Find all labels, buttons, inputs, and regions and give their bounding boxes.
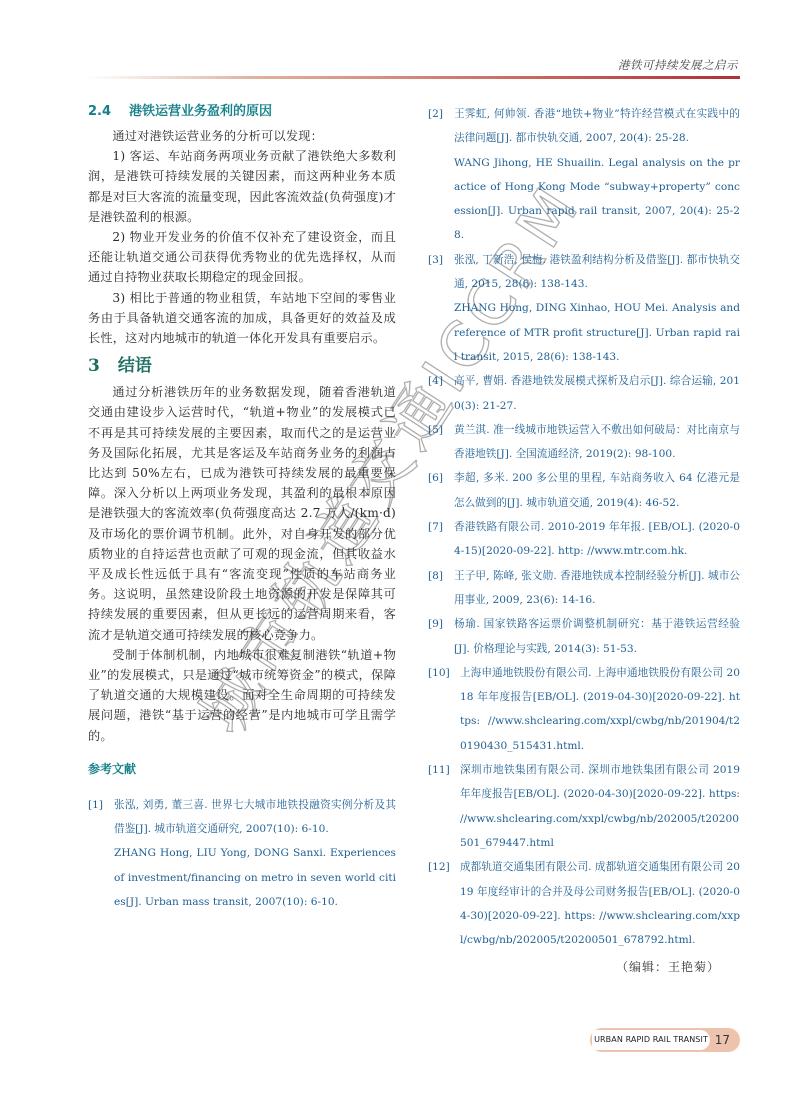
paragraph: 通过分析港铁历年的业务数据发现，随着香港轨道交通由建设步入运营时代，“轨道+物业…	[88, 382, 396, 645]
running-title: 港铁可持续发展之启示	[618, 57, 738, 73]
paragraph: 受制于体制机制，内地城市很难复制港铁“轨道+物业”的发展模式，只是通过“城市统筹…	[88, 645, 396, 746]
paragraph: 2) 物业开发业务的价值不仅补充了建设资金，而且还能让轨道交通公司获得优秀物业的…	[88, 227, 396, 288]
reference-text-en: ZHANG Hong, LIU Yong, DONG Sanxi. Experi…	[114, 841, 396, 914]
reference-text: 上海申通地铁股份有限公司. 上海申通地铁股份有限公司 2018 年年度报告[EB…	[460, 661, 740, 758]
editor-note: （编辑：王艳菊）	[428, 958, 740, 975]
reference-text: 王霁虹, 何帅领. 香港“地铁+物业”特许经营模式在实践中的法律问题[J]. 都…	[454, 102, 740, 151]
reference-text: 高平, 曹娟. 香港地铁发展模式探析及启示[J]. 综合运输, 2010(3):…	[454, 369, 740, 418]
reference-text: 成都轨道交通集团有限公司. 成都轨道交通集团有限公司 2019 年度经审计的合并…	[460, 855, 740, 952]
reference-item: [3] 张泓, 丁新浩, 侯梅. 港铁盈利结构分析及借鉴[J]. 都市快轨交通,…	[428, 248, 740, 369]
reference-number: [9]	[428, 612, 454, 661]
reference-number: [1]	[88, 793, 114, 914]
reference-item: [12] 成都轨道交通集团有限公司. 成都轨道交通集团有限公司 2019 年度经…	[428, 855, 740, 952]
journal-name: URBAN RAPID RAIL TRANSIT	[592, 1030, 710, 1050]
reference-number: [11]	[428, 758, 460, 855]
reference-text: 张泓, 丁新浩, 侯梅. 港铁盈利结构分析及借鉴[J]. 都市快轨交通, 201…	[454, 248, 740, 297]
reference-number: [2]	[428, 102, 454, 248]
page-number: 17	[715, 1028, 730, 1052]
reference-text: 黄兰淇. 准一线城市地铁运营入不敷出如何破局：对比南京与香港地铁[J]. 全国流…	[454, 418, 740, 467]
reference-item: [11] 深圳市地铁集团有限公司. 深圳市地铁集团有限公司 2019 年年度报告…	[428, 758, 740, 855]
section-number: 2.4	[88, 102, 111, 122]
reference-number: [8]	[428, 564, 454, 613]
right-column: [2] 王霁虹, 何帅领. 香港“地铁+物业”特许经营模式在实践中的法律问题[J…	[428, 102, 740, 975]
references-title: 参考文献	[88, 760, 396, 777]
reference-item: [2] 王霁虹, 何帅领. 香港“地铁+物业”特许经营模式在实践中的法律问题[J…	[428, 102, 740, 248]
left-column: 2.4 港铁运营业务盈利的原因 通过对港铁运营业务的分析可以发现： 1) 客运、…	[88, 102, 396, 914]
reference-number: [5]	[428, 418, 454, 467]
section-title: 港铁运营业务盈利的原因	[129, 102, 272, 122]
section-title: 结语	[118, 354, 152, 378]
reference-number: [6]	[428, 466, 454, 515]
reference-item: [10] 上海申通地铁股份有限公司. 上海申通地铁股份有限公司 2018 年年度…	[428, 661, 740, 758]
reference-number: [4]	[428, 369, 454, 418]
reference-item: [5] 黄兰淇. 准一线城市地铁运营入不敷出如何破局：对比南京与香港地铁[J].…	[428, 418, 740, 467]
reference-item: [6] 李超, 多米. 200 多公里的里程, 车站商务收入 64 亿港元是怎么…	[428, 466, 740, 515]
reference-text: 张泓, 刘勇, 董三喜. 世界七大城市地铁投融资实例分析及其借鉴[J]. 城市轨…	[114, 793, 396, 842]
reference-number: [7]	[428, 515, 454, 564]
header-rule	[88, 76, 740, 79]
reference-number: [3]	[428, 248, 454, 369]
reference-item: [7] 香港铁路有限公司. 2010-2019 年年报. [EB/OL]. (2…	[428, 515, 740, 564]
reference-text-en: ZHANG Hong, DING Xinhao, HOU Mei. Analys…	[454, 296, 740, 369]
paragraph: 1) 客运、车站商务两项业务贡献了港铁绝大多数利润，是港铁可持续发展的关键因素，…	[88, 146, 396, 227]
reference-text: 深圳市地铁集团有限公司. 深圳市地铁集团有限公司 2019 年年度报告[EB/O…	[460, 758, 740, 855]
reference-number: [10]	[428, 661, 460, 758]
reference-item: [9] 杨瑜. 国家铁路客运票价调整机制研究：基于港铁运营经验[J]. 价格理论…	[428, 612, 740, 661]
reference-item: [4] 高平, 曹娟. 香港地铁发展模式探析及启示[J]. 综合运输, 2010…	[428, 369, 740, 418]
footer-badge: URBAN RAPID RAIL TRANSIT 17	[590, 1028, 740, 1052]
paragraph: 3) 相比于普通的物业租赁，车站地下空间的零售业务由于具备轨道交通客流的加成，具…	[88, 288, 396, 349]
section-heading-2-4: 2.4 港铁运营业务盈利的原因	[88, 102, 396, 122]
reference-text-en: WANG Jihong, HE Shuailin. Legal analysis…	[454, 151, 740, 248]
reference-item: [8] 王子甲, 陈峰, 张文勋. 香港地铁成本控制经验分析[J]. 城市公用事…	[428, 564, 740, 613]
reference-item: [1] 张泓, 刘勇, 董三喜. 世界七大城市地铁投融资实例分析及其借鉴[J].…	[88, 793, 396, 914]
reference-text: 杨瑜. 国家铁路客运票价调整机制研究：基于港铁运营经验[J]. 价格理论与实践,…	[454, 612, 740, 661]
reference-text: 李超, 多米. 200 多公里的里程, 车站商务收入 64 亿港元是怎么做到的[…	[454, 466, 740, 515]
paragraph: 通过对港铁运营业务的分析可以发现：	[88, 126, 396, 146]
section-heading-3: 3 结语	[88, 354, 396, 378]
reference-number: [12]	[428, 855, 460, 952]
reference-text: 香港铁路有限公司. 2010-2019 年年报. [EB/OL]. (2020-…	[454, 515, 740, 564]
section-number: 3	[88, 354, 100, 378]
reference-text: 王子甲, 陈峰, 张文勋. 香港地铁成本控制经验分析[J]. 城市公用事业, 2…	[454, 564, 740, 613]
